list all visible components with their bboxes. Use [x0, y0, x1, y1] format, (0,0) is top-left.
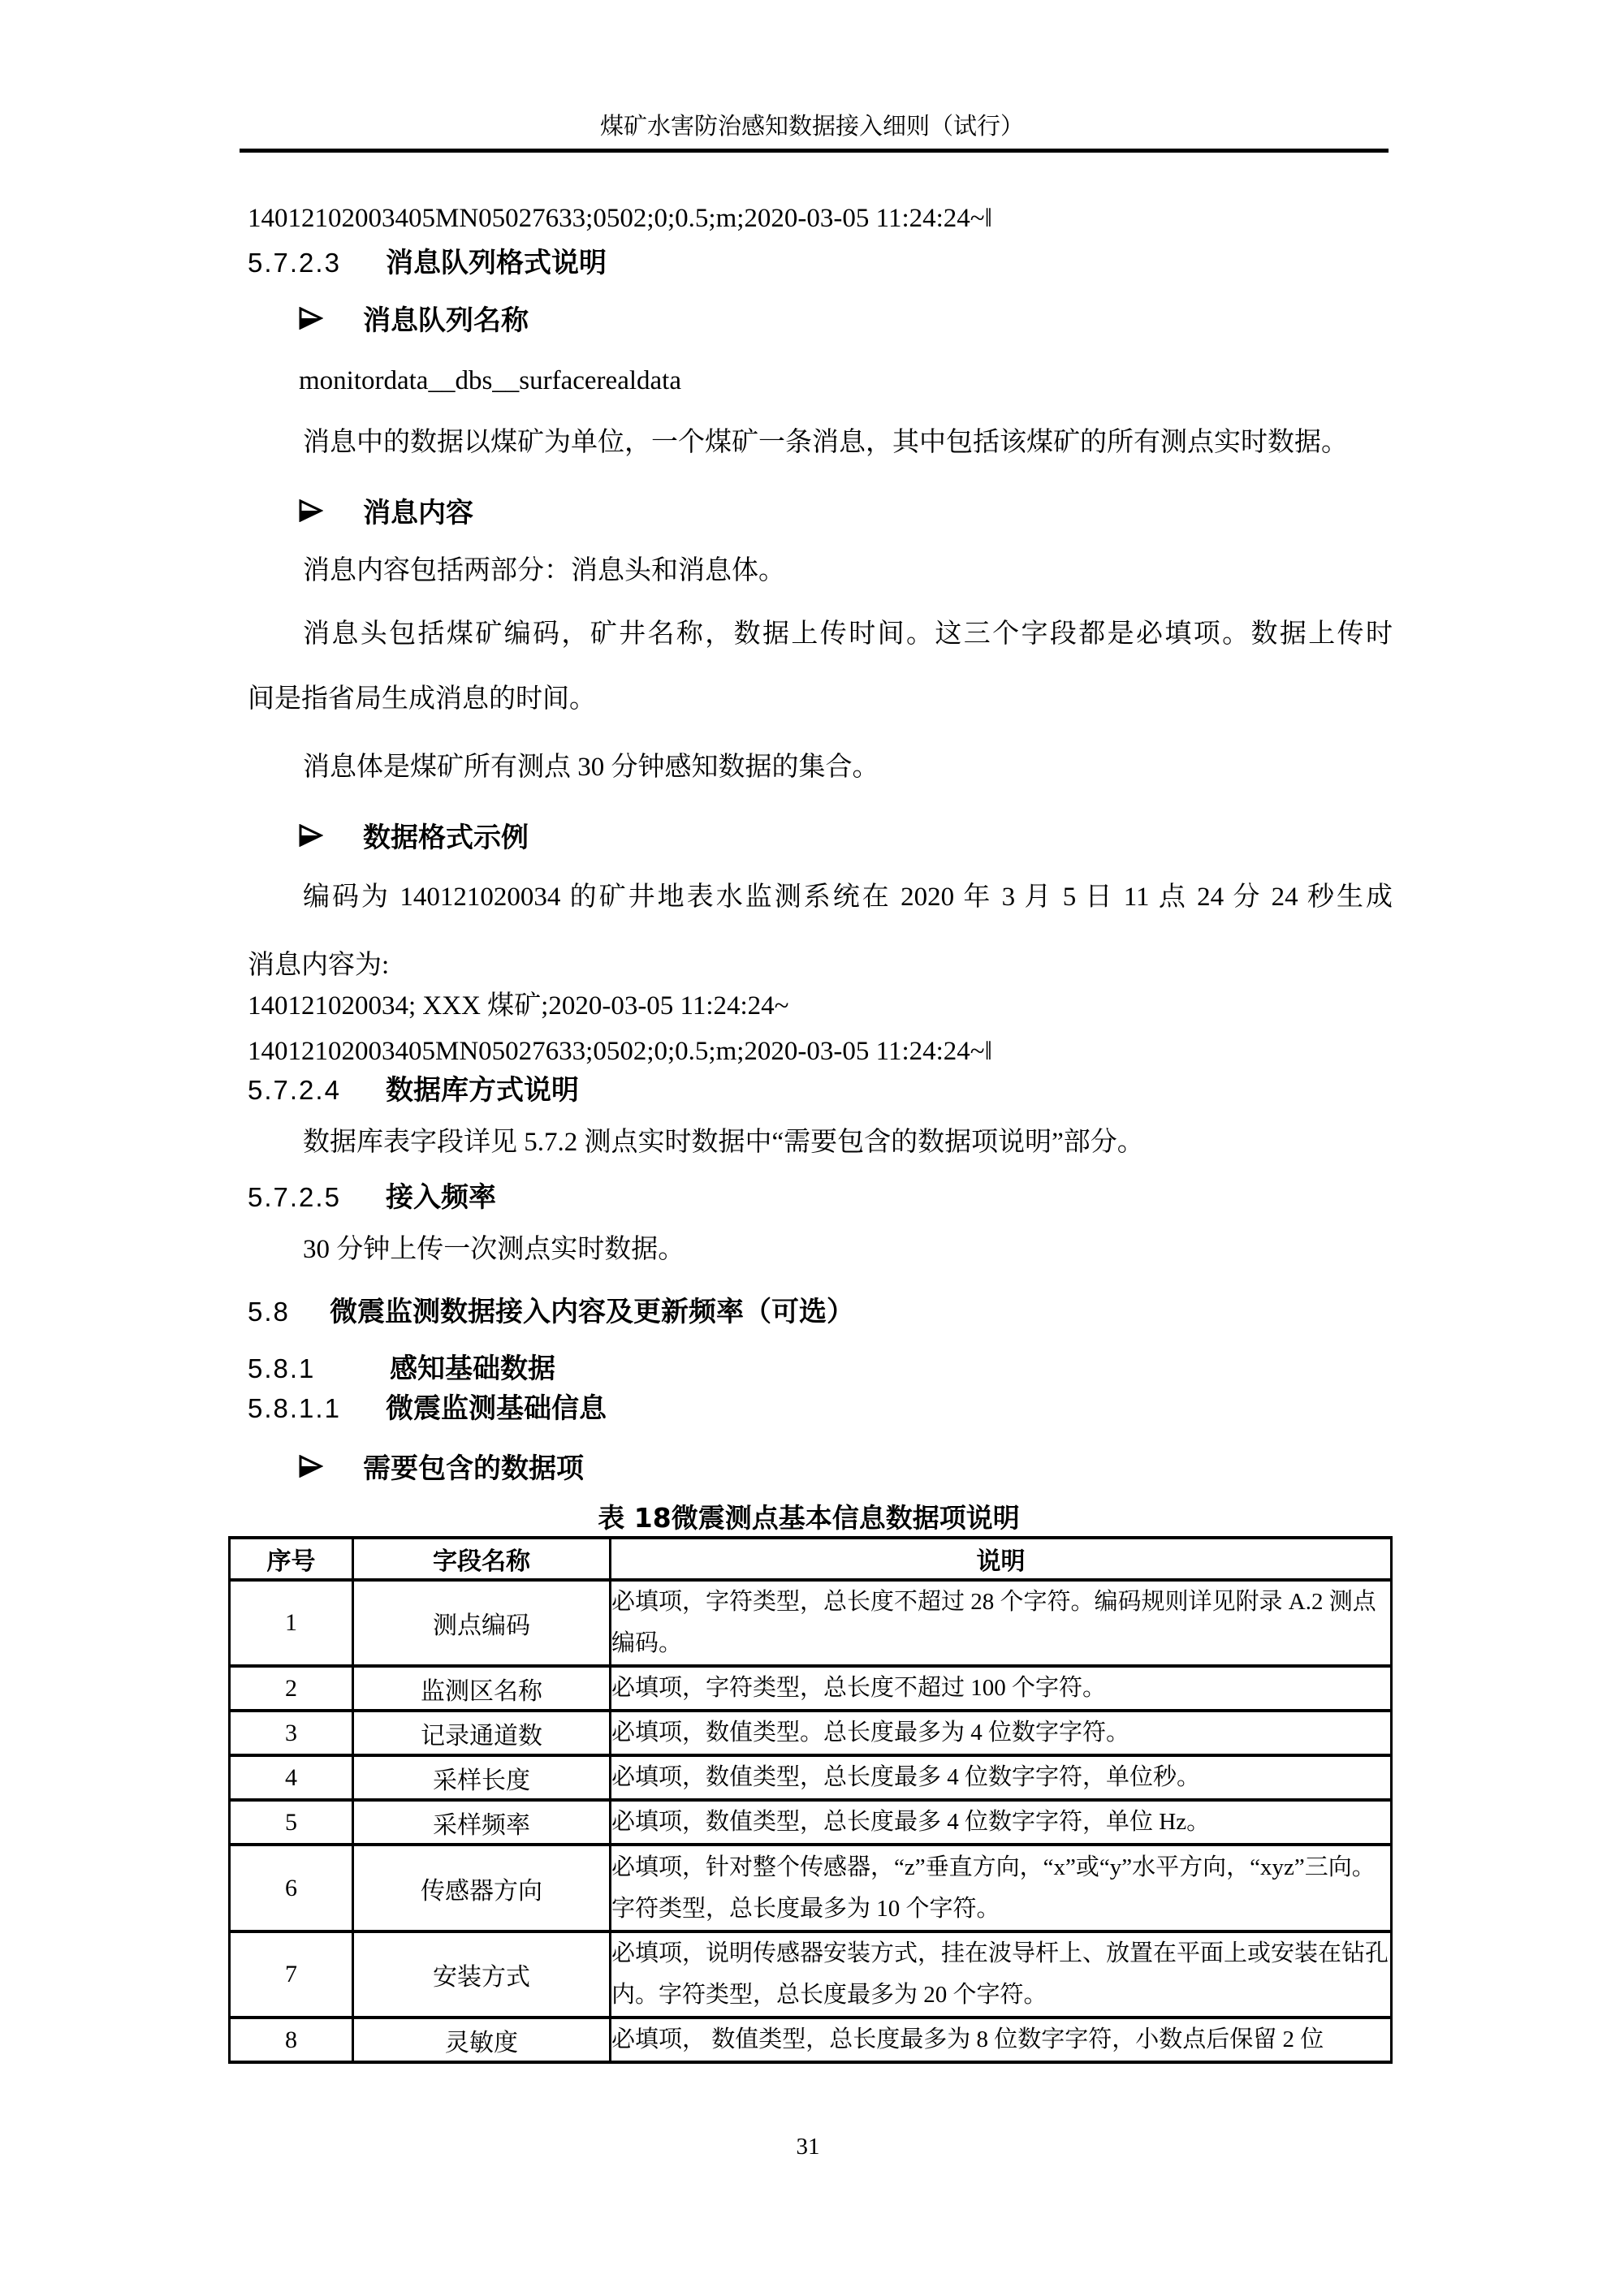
section-number: 5.8 — [248, 1295, 330, 1329]
table-row: 5 采样频率 必填项，数值类型，总长度最多 4 位数字字符，单位 Hz。 — [230, 1800, 1392, 1845]
section-number: 5.7.2.5 — [248, 1180, 386, 1215]
section-title: 接入频率 — [386, 1181, 496, 1214]
paragraph-example-line1: 编码为 140121020034 的矿井地表水监测系统在 2020 年 3 月 … — [248, 880, 1393, 914]
bullet-label: 需要包含的数据项 — [363, 1446, 584, 1486]
column-header-desc: 说明 — [611, 1538, 1392, 1580]
column-header-seq: 序号 — [230, 1538, 353, 1580]
arrow-bullet-icon — [299, 824, 323, 847]
section-heading-5724: 5.7.2.4数据库方式说明 — [248, 1073, 579, 1108]
section-title: 感知基础数据 — [390, 1353, 555, 1385]
seq-cell: 6 — [230, 1845, 353, 1931]
table-caption: 表 18微震测点基本信息数据项说明 — [227, 1497, 1390, 1535]
field-name-cell: 采样频率 — [353, 1800, 611, 1845]
section-title: 微震监测数据接入内容及更新频率（可选） — [330, 1296, 854, 1328]
field-name-cell: 灵敏度 — [353, 2018, 611, 2062]
desc-cell: 必填项，说明传感器安装方式，挂在波导杆上、放置在平面上或安装在钻孔内。字符类型，… — [611, 1931, 1392, 2018]
field-name-cell: 测点编码 — [353, 1580, 611, 1666]
paragraph-unit: 消息中的数据以煤矿为单位，一个煤矿一条消息，其中包括该煤矿的所有测点实时数据。 — [248, 425, 1393, 460]
section-title: 微震监测基础信息 — [386, 1392, 607, 1425]
paragraph-msg-head-line1: 消息头包括煤矿编码，矿井名称，数据上传时间。这三个字段都是必填项。数据上传时 — [248, 617, 1393, 651]
paragraph-example-line2: 消息内容为: — [248, 948, 1393, 982]
seq-cell: 3 — [230, 1711, 353, 1755]
example-data-line1: 140121020034; XXX 煤矿;2020-03-05 11:24:24… — [248, 989, 789, 1023]
desc-cell: 必填项，数值类型，总长度最多 4 位数字字符，单位秒。 — [611, 1755, 1392, 1800]
desc-cell: 必填项，字符类型，总长度不超过 28 个字符。编码规则详见附录 A.2 测点编码… — [611, 1580, 1392, 1666]
seq-cell: 8 — [230, 2018, 353, 2062]
seq-cell: 5 — [230, 1800, 353, 1845]
field-name-cell: 记录通道数 — [353, 1711, 611, 1755]
bullet-label: 消息队列名称 — [363, 298, 529, 338]
section-title: 数据库方式说明 — [386, 1074, 579, 1107]
bullet-items: 需要包含的数据项 — [299, 1446, 584, 1486]
field-name-cell: 安装方式 — [353, 1931, 611, 2018]
header-rule — [240, 149, 1389, 153]
data-table: 序号 字段名称 说明 1 测点编码 必填项，字符类型，总长度不超过 28 个字符… — [228, 1536, 1393, 2064]
paragraph-freq: 30 分钟上传一次测点实时数据。 — [248, 1232, 1393, 1267]
bullet-label: 数据格式示例 — [363, 815, 529, 855]
section-heading-58: 5.8微震监测数据接入内容及更新频率（可选） — [248, 1295, 854, 1330]
seq-cell: 2 — [230, 1666, 353, 1711]
page-header-title: 煤矿水害防治感知数据接入细则（试行） — [0, 112, 1624, 141]
table-row: 4 采样长度 必填项，数值类型，总长度最多 4 位数字字符，单位秒。 — [230, 1755, 1392, 1800]
section-heading-5811: 5.8.1.1微震监测基础信息 — [248, 1392, 607, 1426]
section-number: 5.8.1 — [248, 1352, 390, 1386]
desc-cell: 必填项，针对整个传感器，“z”垂直方向，“x”或“y”水平方向，“xyz”三向。… — [611, 1845, 1392, 1931]
arrow-bullet-icon — [299, 499, 323, 522]
arrow-bullet-icon — [299, 307, 323, 330]
field-name-cell: 采样长度 — [353, 1755, 611, 1800]
table-row: 1 测点编码 必填项，字符类型，总长度不超过 28 个字符。编码规则详见附录 A… — [230, 1580, 1392, 1666]
column-header-name: 字段名称 — [353, 1538, 611, 1580]
queue-name-value: monitordata__dbs__surfacerealdata — [299, 364, 681, 398]
desc-cell: 必填项， 数值类型，总长度最多为 8 位数字字符，小数点后保留 2 位 — [611, 2018, 1392, 2062]
section-number: 5.8.1.1 — [248, 1392, 386, 1426]
seq-cell: 7 — [230, 1931, 353, 2018]
paragraph-msg-body: 消息体是煤矿所有测点 30 分钟感知数据的集合。 — [248, 750, 1393, 784]
table-header-row: 序号 字段名称 说明 — [230, 1538, 1392, 1580]
desc-cell: 必填项，数值类型，总长度最多 4 位数字字符，单位 Hz。 — [611, 1800, 1392, 1845]
arrow-bullet-icon — [299, 1455, 323, 1478]
table-row: 2 监测区名称 必填项，字符类型，总长度不超过 100 个字符。 — [230, 1666, 1392, 1711]
example-data-line2: 14012102003405MN05027633;0502;0;0.5;m;20… — [248, 1034, 992, 1068]
field-name-cell: 传感器方向 — [353, 1845, 611, 1931]
table-row: 8 灵敏度 必填项， 数值类型，总长度最多为 8 位数字字符，小数点后保留 2 … — [230, 2018, 1392, 2062]
field-name-cell: 监测区名称 — [353, 1666, 611, 1711]
paragraph-msg-parts: 消息内容包括两部分：消息头和消息体。 — [248, 554, 1393, 588]
section-heading-5723: 5.7.2.3消息队列格式说明 — [248, 246, 607, 281]
code-line-top: 14012102003405MN05027633;0502;0;0.5;m;20… — [248, 201, 992, 235]
desc-cell: 必填项，字符类型，总长度不超过 100 个字符。 — [611, 1666, 1392, 1711]
seq-cell: 4 — [230, 1755, 353, 1800]
section-title: 消息队列格式说明 — [386, 247, 607, 279]
table-row: 3 记录通道数 必填项，数值类型。总长度最多为 4 位数字字符。 — [230, 1711, 1392, 1755]
bullet-example: 数据格式示例 — [299, 815, 529, 855]
bullet-label: 消息内容 — [363, 490, 473, 530]
section-heading-5725: 5.7.2.5接入频率 — [248, 1180, 496, 1215]
section-heading-581: 5.8.1感知基础数据 — [248, 1352, 555, 1387]
table-row: 6 传感器方向 必填项，针对整个传感器，“z”垂直方向，“x”或“y”水平方向，… — [230, 1845, 1392, 1931]
section-number: 5.7.2.4 — [248, 1073, 386, 1107]
seq-cell: 1 — [230, 1580, 353, 1666]
section-number: 5.7.2.3 — [248, 246, 386, 280]
paragraph-db: 数据库表字段详见 5.7.2 测点实时数据中“需要包含的数据项说明”部分。 — [248, 1125, 1393, 1159]
bullet-msg-content: 消息内容 — [299, 490, 473, 530]
desc-cell: 必填项，数值类型。总长度最多为 4 位数字字符。 — [611, 1711, 1392, 1755]
document-page: 煤矿水害防治感知数据接入细则（试行） 14012102003405MN05027… — [0, 0, 1624, 2296]
bullet-queue-name: 消息队列名称 — [299, 298, 529, 338]
paragraph-msg-head-line2: 间是指省局生成消息的时间。 — [248, 682, 1393, 716]
table-row: 7 安装方式 必填项，说明传感器安装方式，挂在波导杆上、放置在平面上或安装在钻孔… — [230, 1931, 1392, 2018]
page-number: 31 — [0, 2134, 1616, 2160]
